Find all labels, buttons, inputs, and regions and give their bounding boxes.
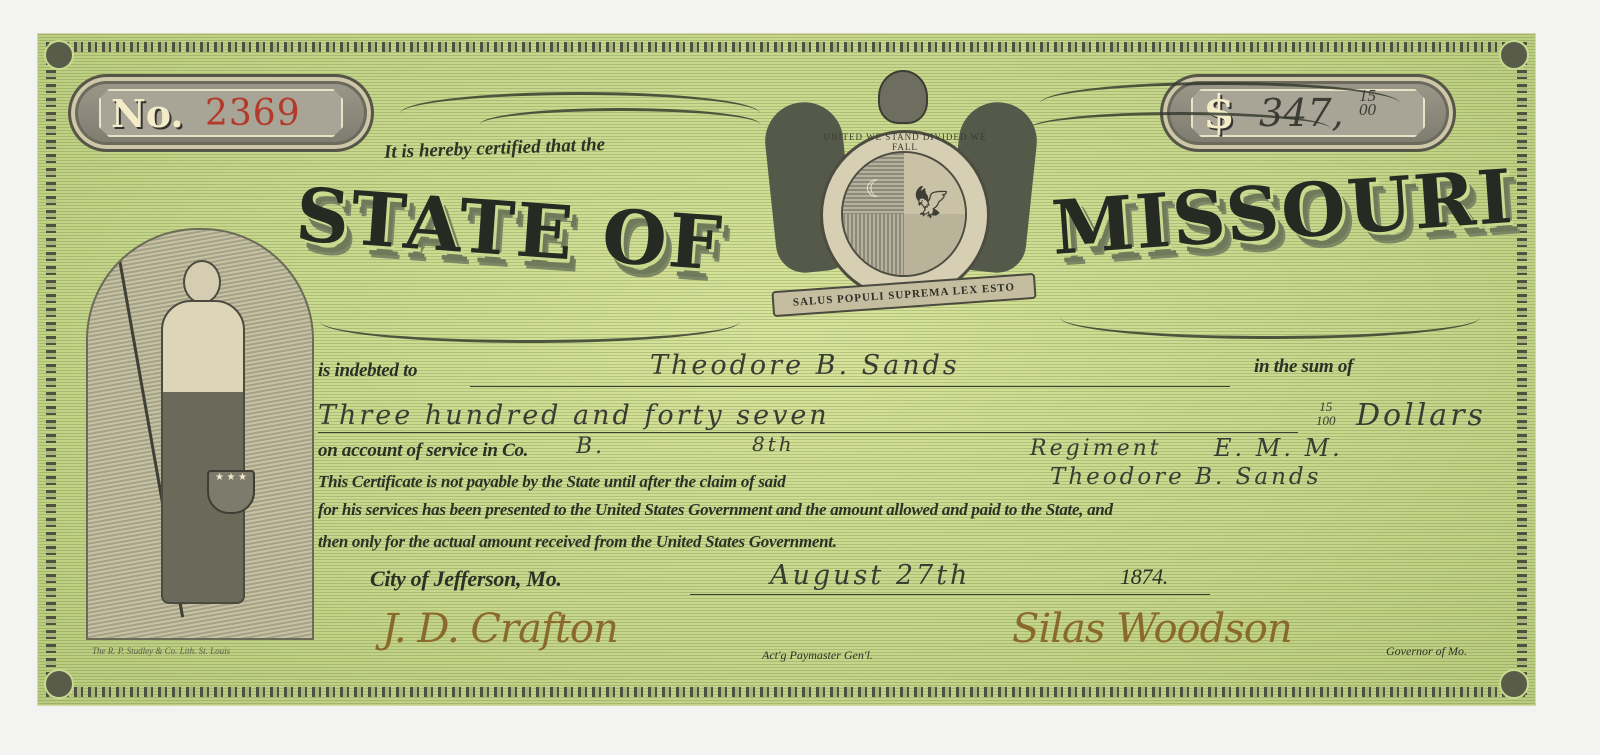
missouri-coat-of-arms: UNITED WE STAND DIVIDED WE FALL ☾ 🦅︎ SAL… xyxy=(760,68,1050,334)
liberty-figure-icon: ★ ★ ★ xyxy=(145,260,255,620)
allegorical-figure-vignette: ★ ★ ★ xyxy=(86,228,314,640)
issue-year: 1874. xyxy=(1120,564,1168,590)
governor-signature: Silas Woodson xyxy=(1012,606,1292,652)
issue-date: August 27th xyxy=(770,560,970,591)
payee-name: Theodore B. Sands xyxy=(650,350,960,381)
condition-line-1: This Certificate is not payable by the S… xyxy=(318,472,785,492)
regiment-name: E. M. M. xyxy=(1214,434,1343,462)
company-letter: B. xyxy=(576,434,605,459)
seal-motto-ring: UNITED WE STAND DIVIDED WE FALL xyxy=(823,132,987,152)
serial-number-cartouche: No. 2369 xyxy=(68,74,374,152)
indebted-label: is indebted to xyxy=(318,360,417,382)
helmet-icon xyxy=(878,70,928,124)
eagle-icon: 🦅︎ xyxy=(911,183,952,221)
flourish-line xyxy=(320,300,740,343)
engraver-imprint: The R. P. Studley & Co. Lith. St. Louis xyxy=(92,646,230,656)
crescent-moon-icon: ☾ xyxy=(865,175,887,204)
flourish-line xyxy=(1030,112,1330,145)
flourish-line xyxy=(1060,296,1480,339)
paymaster-title: Act'g Paymaster Gen'l. xyxy=(762,648,873,663)
seal-shield: UNITED WE STAND DIVIDED WE FALL ☾ 🦅︎ xyxy=(820,130,990,300)
serial-label: No. xyxy=(111,91,184,136)
corner-ornament xyxy=(1499,40,1529,70)
regiment-number: 8th xyxy=(752,432,795,456)
shield-icon: ★ ★ ★ xyxy=(207,470,255,514)
amount-words-cents: 15 100 xyxy=(1316,400,1336,428)
corner-ornament xyxy=(44,669,74,699)
condition-line-2: for his services has been presented to t… xyxy=(318,500,1113,520)
corner-ornament xyxy=(1499,669,1529,699)
corner-ornament xyxy=(44,40,74,70)
regiment-label: Regiment xyxy=(1030,436,1162,461)
sum-label: in the sum of xyxy=(1254,356,1353,378)
place-of-issue: City of Jefferson, Mo. xyxy=(370,566,562,592)
paymaster-signature: J. D. Crafton xyxy=(382,606,618,652)
condition-line-3: then only for the actual amount received… xyxy=(318,532,837,552)
amount-in-words: Three hundred and forty seven xyxy=(318,400,830,431)
serial-number: 2369 xyxy=(205,93,301,134)
claimant-name: Theodore B. Sands xyxy=(1050,464,1321,490)
service-label: on account of service in Co. xyxy=(318,440,528,462)
dollars-label: Dollars xyxy=(1356,398,1486,433)
governor-title: Governor of Mo. xyxy=(1386,644,1467,659)
